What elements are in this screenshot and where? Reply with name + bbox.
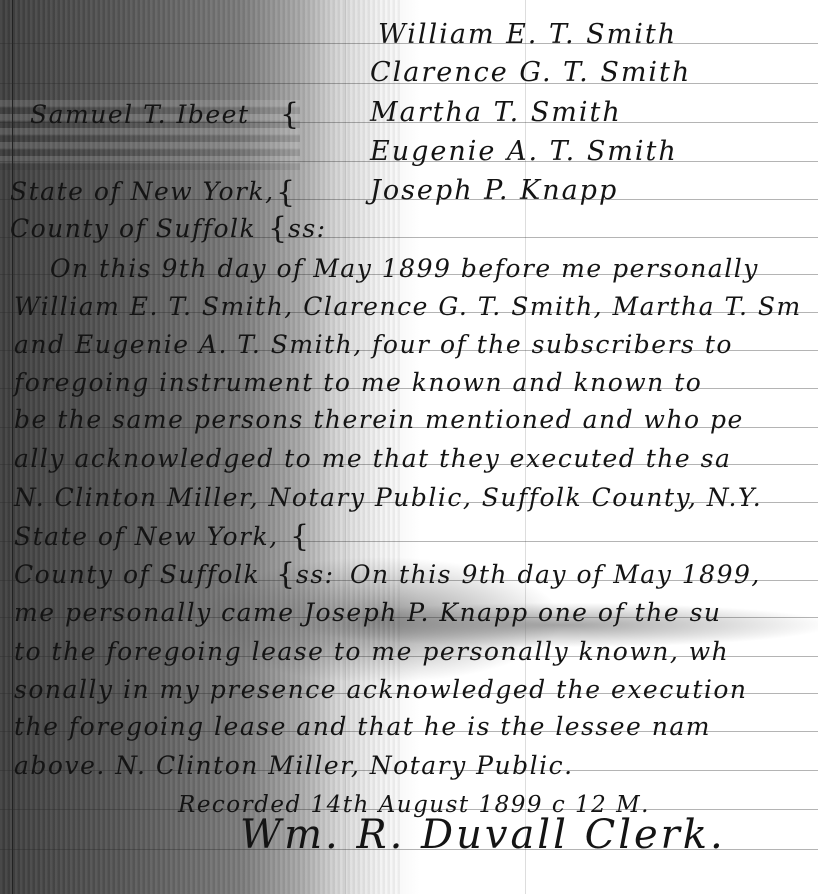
clerk-signature: Wm. R. Duvall Clerk. [240, 820, 726, 850]
venue-county-2: County of Suffolk [14, 560, 260, 590]
ack1-line-5: be the same persons therein mentioned an… [14, 405, 744, 435]
brace-icon: { [268, 214, 287, 244]
document-page: William E. T. Smith Clarence G. T. Smith… [0, 0, 818, 894]
ack1-line-2: William E. T. Smith, Clarence G. T. Smit… [14, 292, 802, 322]
witness-name: Samuel T. Ibeet [30, 100, 250, 130]
venue-county-1: County of Suffolk [10, 214, 256, 244]
ack2-line-1: me personally came Joseph P. Knapp one o… [14, 598, 722, 628]
ack1-line-3: and Eugenie A. T. Smith, four of the sub… [14, 330, 733, 360]
venue-ss-2: ss: [296, 560, 335, 590]
ack2-notary: above. N. Clinton Miller, Notary Public. [14, 751, 574, 781]
signature-1: William E. T. Smith [378, 20, 677, 50]
signature-5: Joseph P. Knapp [370, 176, 618, 206]
brace-icon: { [290, 522, 309, 552]
signature-2: Clarence G. T. Smith [370, 58, 691, 88]
ack1-line-1: On this 9th day of May 1899 before me pe… [50, 254, 759, 284]
margin-line [12, 0, 13, 894]
ack1-line-6: ally acknowledged to me that they execut… [14, 444, 731, 474]
venue-state-1: State of New York, [10, 177, 275, 207]
ack1-line-4: foregoing instrument to me known and kno… [14, 368, 702, 398]
ack2-line-4: the foregoing lease and that he is the l… [14, 712, 711, 742]
ack2-line-0: On this 9th day of May 1899, [350, 560, 761, 590]
brace-icon: { [276, 178, 295, 208]
ack2-line-3: sonally in my presence acknowledged the … [14, 675, 748, 705]
ack1-notary: N. Clinton Miller, Notary Public, Suffol… [14, 483, 762, 513]
signature-4: Eugenie A. T. Smith [370, 137, 678, 167]
venue-ss-1: ss: [288, 214, 327, 244]
signature-3: Martha T. Smith [370, 98, 622, 128]
ack2-line-2: to the foregoing lease to me personally … [14, 637, 729, 667]
brace-icon: { [280, 100, 299, 130]
venue-state-2: State of New York, [14, 522, 279, 552]
brace-icon: { [276, 560, 295, 590]
